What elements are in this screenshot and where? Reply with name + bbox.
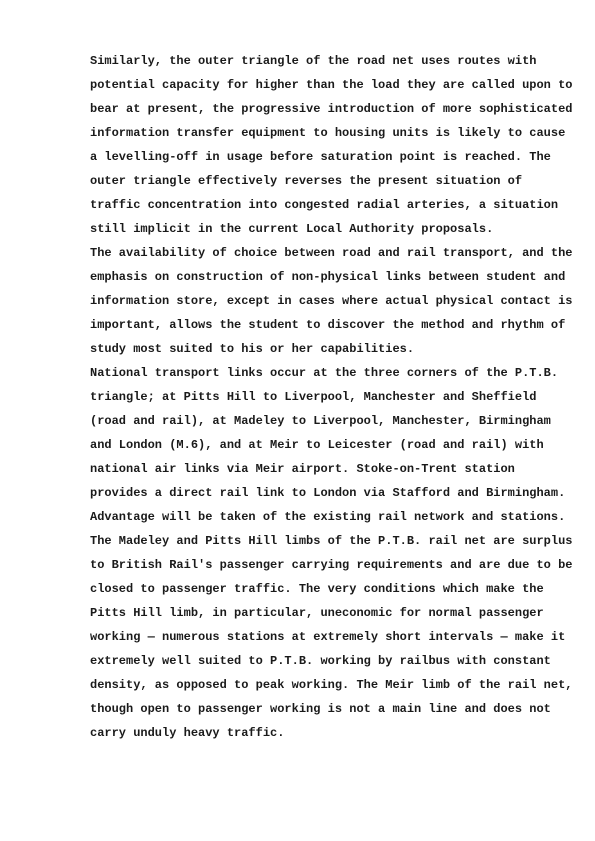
document-page: Similarly, the outer triangle of the roa…: [0, 0, 595, 841]
typewritten-body-text: Similarly, the outer triangle of the roa…: [90, 49, 572, 745]
